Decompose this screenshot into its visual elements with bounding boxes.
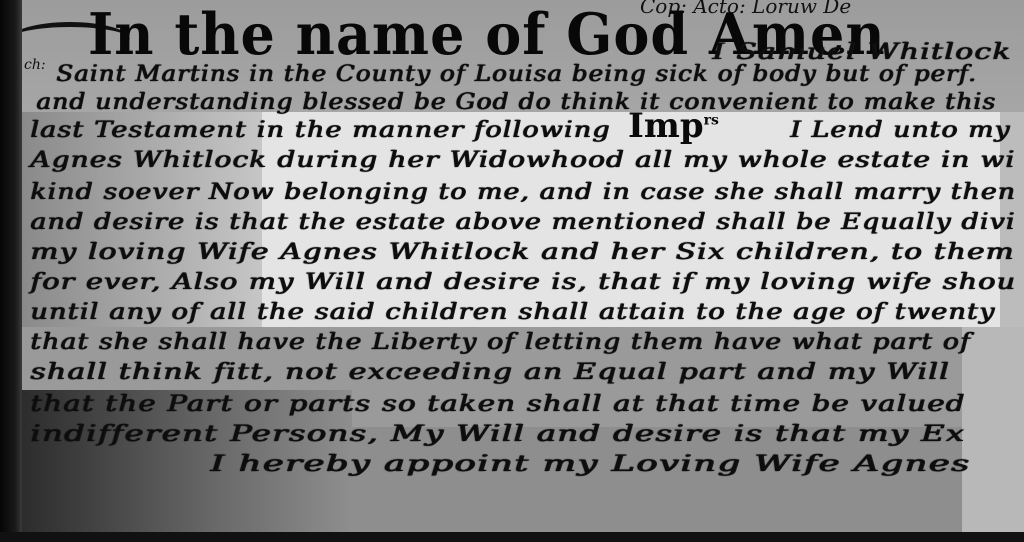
scan-left-edge <box>0 0 22 542</box>
text-line: and desire is that the estate above ment… <box>30 210 1015 235</box>
text-line: kind soever Now belonging to me, and in … <box>30 180 1016 205</box>
scan-bottom-edge <box>0 532 1024 542</box>
text-line: indifferent Persons, My Will and desire … <box>30 422 965 447</box>
text-line: last Testament in the manner following <box>30 118 610 143</box>
text-line: that she shall have the Liberty of letti… <box>30 330 971 355</box>
margin-note: ch: <box>24 57 46 73</box>
text-line: until any of all the said children shall… <box>30 300 995 325</box>
text-line: and understanding blessed be God do thin… <box>36 90 996 115</box>
manuscript-page: Cop: Acto: Loruw De In the name of God A… <box>0 0 1024 542</box>
text-line: shall think fitt, not exceeding an Equal… <box>30 360 950 385</box>
text-line: I Lend unto my <box>790 118 1010 143</box>
text-line: I hereby appoint my Loving Wife Agnes <box>210 452 970 477</box>
text-line: for ever, Also my Will and desire is, th… <box>30 270 1016 295</box>
text-line: Saint Martins in the County of Louisa be… <box>56 62 977 87</box>
item-heading-superscript: rs <box>704 113 719 129</box>
scan-right-margin <box>962 327 1024 532</box>
text-line: that the Part or parts so taken shall at… <box>30 392 965 417</box>
text-line: my loving Wife Agnes Whitlock and her Si… <box>30 240 1014 265</box>
text-line: Agnes Whitlock during her Widowhood all … <box>30 148 1015 173</box>
